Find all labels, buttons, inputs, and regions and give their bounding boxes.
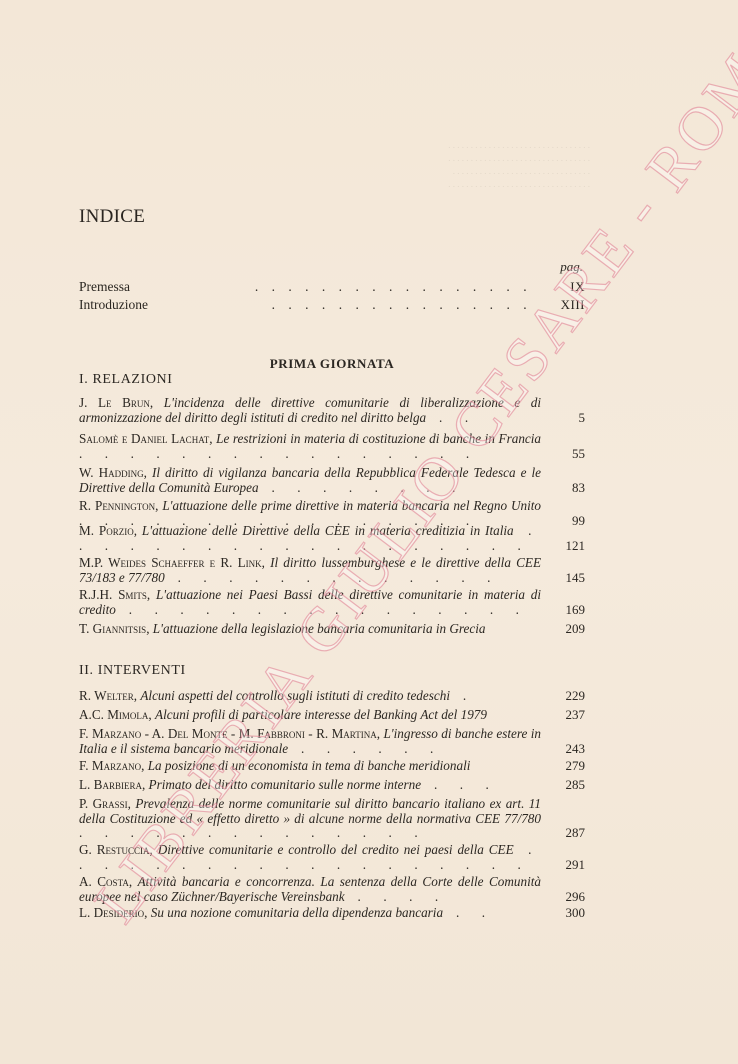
entry-page: 169: [566, 603, 586, 618]
page-title: INDICE: [79, 206, 145, 228]
entry-title: Le restrizioni in materia di costituzion…: [216, 431, 541, 446]
entry-title: Prevalenza delle norme comunitarie sul d…: [79, 796, 541, 826]
toc-entry: A. Costa, Attività bancaria e concorrenz…: [79, 875, 585, 904]
page-column-label: pag.: [560, 259, 583, 275]
entry-page: 83: [572, 481, 585, 496]
entry-page: 279: [566, 759, 586, 774]
entry-author: M. Porzio,: [79, 523, 137, 538]
entry-page: 209: [566, 622, 586, 637]
entry-author: F. Marzano,: [79, 758, 144, 773]
entry-page: 291: [566, 858, 586, 873]
entry-page: 296: [566, 890, 586, 905]
toc-entry: L. Barbiera, Primato del diritto comunit…: [79, 778, 585, 793]
dot-leader: .................: [189, 279, 540, 295]
toc-entry: Salomè e Daniel Lachat, Le restrizioni i…: [79, 432, 585, 461]
entry-title: La posizione di un economista in tema di…: [148, 758, 471, 773]
entry-author: A. Costa,: [79, 874, 132, 889]
entry-page: 229: [566, 689, 586, 704]
toc-entry: R. Welter, Alcuni aspetti del controllo …: [79, 689, 585, 704]
dot-leader: ................: [189, 297, 540, 313]
entry-title: L'attuazione delle Direttive della CEE i…: [142, 523, 514, 538]
toc-page: XIII: [561, 297, 585, 313]
section-heading-interventi: II. INTERVENTI: [79, 663, 186, 679]
book-page: . . . . . . . . . . . . . . . . . . . . …: [0, 0, 738, 1064]
toc-entry: M.P. Weides Schaeffer e R. Link, Il diri…: [79, 556, 585, 585]
entry-author: F. Marzano - A. Del Monte - M. Fabbroni …: [79, 726, 380, 741]
entry-author: J. Le Brun,: [79, 395, 153, 410]
entry-author: Salomè e Daniel Lachat,: [79, 431, 213, 446]
day-heading: PRIMA GIORNATA: [79, 356, 585, 372]
toc-entry: P. Grassi, Prevalenza delle norme comuni…: [79, 797, 585, 841]
entry-author: T. Giannitsis,: [79, 621, 150, 636]
toc-entry: F. Marzano, La posizione di un economist…: [79, 759, 585, 774]
entry-title: L'attuazione delle prime direttive in ma…: [162, 498, 541, 513]
entry-page: 285: [566, 778, 586, 793]
entry-page: 237: [566, 708, 586, 723]
entry-page: 121: [566, 539, 586, 554]
entry-title: Direttive comunitarie e controllo del cr…: [158, 842, 514, 857]
toc-entry: T. Giannitsis, L'attuazione della legisl…: [79, 622, 585, 637]
toc-entry: W. Hadding, Il diritto di vigilanza banc…: [79, 466, 585, 495]
entry-author: G. Restuccia,: [79, 842, 153, 857]
toc-label: Introduzione: [79, 297, 148, 313]
toc-label: Premessa: [79, 279, 130, 295]
entry-page: 243: [566, 742, 586, 757]
entry-page: 55: [572, 447, 585, 462]
entry-author: R. Welter,: [79, 688, 137, 703]
toc-entry: A.C. Mimola, Alcuni profili di particola…: [79, 708, 585, 723]
entry-author: W. Hadding,: [79, 465, 147, 480]
entry-author: M.P. Weides Schaeffer e R. Link,: [79, 555, 265, 570]
entry-page: 5: [579, 411, 586, 426]
entry-author: R. Pennington,: [79, 498, 158, 513]
entry-title: Alcuni aspetti del controllo sugli istit…: [140, 688, 450, 703]
entry-page: 300: [566, 906, 586, 921]
toc-page: IX: [570, 279, 585, 295]
section-heading-relazioni: I. RELAZIONI: [79, 372, 173, 388]
entry-title: L'attuazione della legislazione bancaria…: [153, 621, 486, 636]
entry-title: Su una nozione comunitaria della dipende…: [151, 905, 443, 920]
entry-author: P. Grassi,: [79, 796, 131, 811]
entry-author: A.C. Mimola,: [79, 707, 152, 722]
toc-entry: M. Porzio, L'attuazione delle Direttive …: [79, 524, 585, 553]
entry-title: Attività bancaria e concorrenza. La sent…: [79, 874, 541, 904]
toc-entry: R.J.H. Smits, L'attuazione nei Paesi Bas…: [79, 588, 585, 617]
entry-title: Alcuni profili di particolare interesse …: [155, 707, 487, 722]
toc-entry: L. Desiderio, Su una nozione comunitaria…: [79, 906, 585, 921]
toc-entry: J. Le Brun, L'incidenza delle direttive …: [79, 396, 585, 425]
toc-entry: F. Marzano - A. Del Monte - M. Fabbroni …: [79, 727, 585, 756]
toc-entry: G. Restuccia, Direttive comunitarie e co…: [79, 843, 585, 872]
entry-author: L. Desiderio,: [79, 905, 147, 920]
entry-author: R.J.H. Smits,: [79, 587, 150, 602]
entry-author: L. Barbiera,: [79, 777, 145, 792]
bleed-through-text: . . . . . . . . . . . . . . . . . . . . …: [80, 60, 590, 192]
entry-page: 287: [566, 826, 586, 841]
entry-title: Primato del diritto comunitario sulle no…: [149, 777, 422, 792]
entry-page: 145: [566, 571, 586, 586]
